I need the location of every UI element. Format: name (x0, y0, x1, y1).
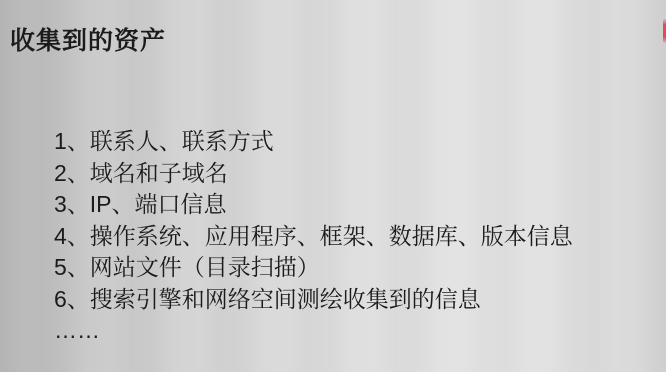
ellipsis-item: …… (54, 315, 573, 347)
asset-list: 1、联系人、联系方式 2、域名和子域名 3、IP、端口信息 4、操作系统、应用程… (54, 126, 573, 347)
list-item: 5、网站文件（目录扫描） (54, 252, 573, 284)
slide-background: { "colors": { "accent_red": "#e14b55", "… (0, 0, 666, 372)
slide-title: 收集到的资产 (10, 21, 166, 57)
list-item: 4、操作系统、应用程序、框架、数据库、版本信息 (54, 221, 573, 253)
list-item: 6、搜索引擎和网络空间测绘收集到的信息 (54, 284, 573, 316)
list-item: 2、域名和子域名 (54, 158, 573, 190)
list-item: 3、IP、端口信息 (54, 189, 573, 221)
list-item: 1、联系人、联系方式 (54, 126, 573, 158)
